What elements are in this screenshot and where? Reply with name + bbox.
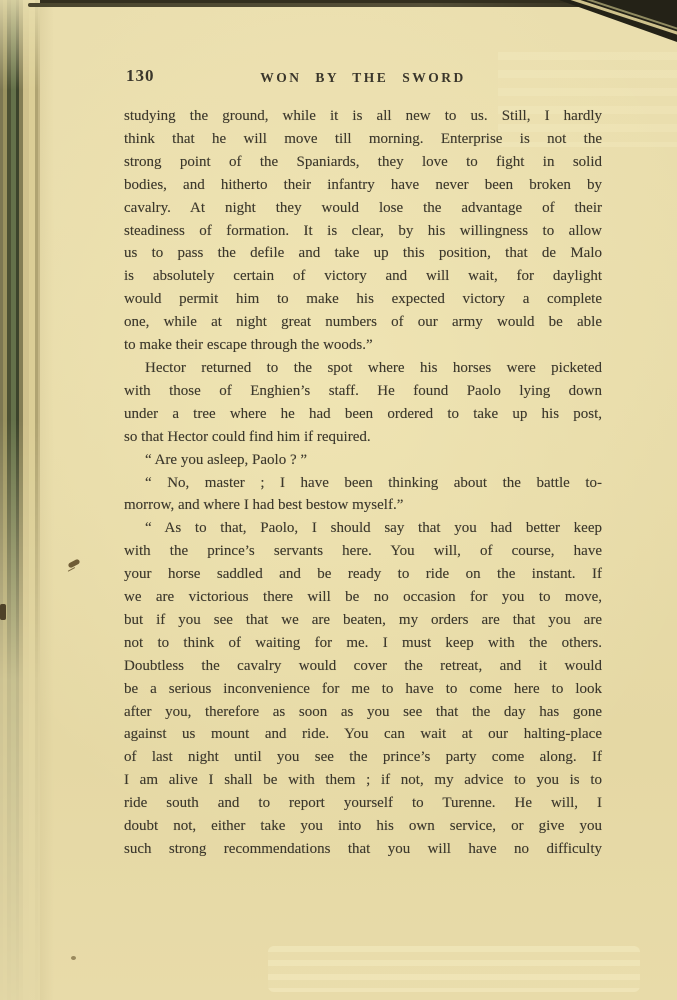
text-line: morrow, and where I had best bestow myse… xyxy=(124,494,602,517)
text-line: is absolutely certain of victory and wil… xyxy=(124,265,602,288)
text-line: one, while at night great numbers of our… xyxy=(124,311,602,334)
text-line: be a serious inconvenience for me to hav… xyxy=(124,678,602,701)
text-line: “ Are you asleep, Paolo ? ” xyxy=(124,449,602,472)
edge-ink-mark xyxy=(0,604,6,620)
text-line: but if you see that we are beaten, my or… xyxy=(124,609,602,632)
text-line: with those of Enghien’s staff. He found … xyxy=(124,380,602,403)
text-line: doubt not, either take you into his own … xyxy=(124,815,602,838)
text-line: with the prince’s servants here. You wil… xyxy=(124,540,602,563)
text-line: cavalry. At night they would lose the ad… xyxy=(124,197,602,220)
text-line: we are victorious there will be no occas… xyxy=(124,586,602,609)
book-binding xyxy=(0,0,40,1000)
page-top-edge-shadow xyxy=(28,3,603,7)
foxing-speck xyxy=(71,956,76,960)
text-line: studying the ground, while it is all new… xyxy=(124,105,602,128)
text-line: after you, therefore as soon as you see … xyxy=(124,701,602,724)
text-line: us to pass the defile and take up this p… xyxy=(124,242,602,265)
text-line: under a tree where he had been ordered t… xyxy=(124,403,602,426)
book-page-scan: 130 WON BY THE SWORD studying the ground… xyxy=(0,0,677,1000)
text-line: would permit him to make his expected vi… xyxy=(124,288,602,311)
paper-light-band-bottom xyxy=(268,946,640,992)
text-line: to make their escape through the woods.” xyxy=(124,334,602,357)
text-line: Hector returned to the spot where his ho… xyxy=(124,357,602,380)
text-line: “ As to that, Paolo, I should say that y… xyxy=(124,517,602,540)
text-line: think that he will move till morning. En… xyxy=(124,128,602,151)
text-line: Doubtless the cavalry would cover the re… xyxy=(124,655,602,678)
text-line: bodies, and hitherto their infantry have… xyxy=(124,174,602,197)
text-line: against us mount and ride. You can wait … xyxy=(124,723,602,746)
text-line: such strong recommendations that you wil… xyxy=(124,838,602,861)
text-line: of last night until you see the prince’s… xyxy=(124,746,602,769)
text-line: your horse saddled and be ready to ride … xyxy=(124,563,602,586)
text-line: strong point of the Spaniards, they love… xyxy=(124,151,602,174)
text-line: ride south and to report yourself to Tur… xyxy=(124,792,602,815)
body-text: studying the ground, while it is all new… xyxy=(124,105,602,861)
text-line: so that Hector could find him if require… xyxy=(124,426,602,449)
text-line: steadiness of formation. It is clear, by… xyxy=(124,220,602,243)
text-line: I am alive I shall be with them ; if not… xyxy=(124,769,602,792)
text-line: not to think of waiting for me. I must k… xyxy=(124,632,602,655)
running-title: WON BY THE SWORD xyxy=(124,70,602,86)
text-line: “ No, master ; I have been thinking abou… xyxy=(124,472,602,495)
